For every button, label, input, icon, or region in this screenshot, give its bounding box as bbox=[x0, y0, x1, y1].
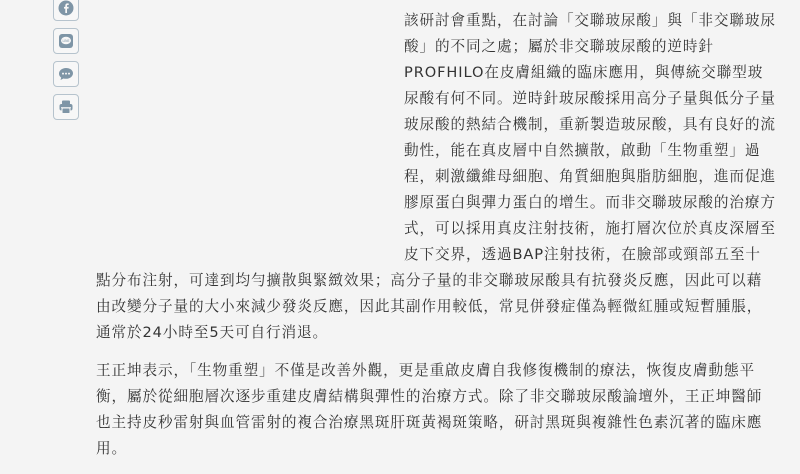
share-facebook-button[interactable] bbox=[53, 0, 79, 21]
comment-button[interactable] bbox=[53, 61, 79, 87]
article-body: 該研討會重點，在討論「交聯玻尿酸」與「非交聯玻尿酸」的不同之處；屬於非交聯玻尿酸… bbox=[96, 8, 776, 432]
printer-icon bbox=[58, 99, 74, 115]
share-line-button[interactable]: LINE bbox=[53, 28, 79, 54]
print-button[interactable] bbox=[53, 94, 79, 120]
share-bar: LINE bbox=[53, 0, 79, 120]
float-region bbox=[96, 8, 404, 260]
svg-text:LINE: LINE bbox=[62, 39, 69, 43]
line-icon: LINE bbox=[58, 33, 74, 49]
facebook-icon bbox=[58, 0, 74, 16]
article-paragraph-2: 王正坤表示，「生物重塑」不僅是改善外觀，更是重啟皮膚自我修復機制的療法，恢復皮膚… bbox=[96, 358, 776, 432]
chat-bubble-icon bbox=[58, 66, 74, 82]
